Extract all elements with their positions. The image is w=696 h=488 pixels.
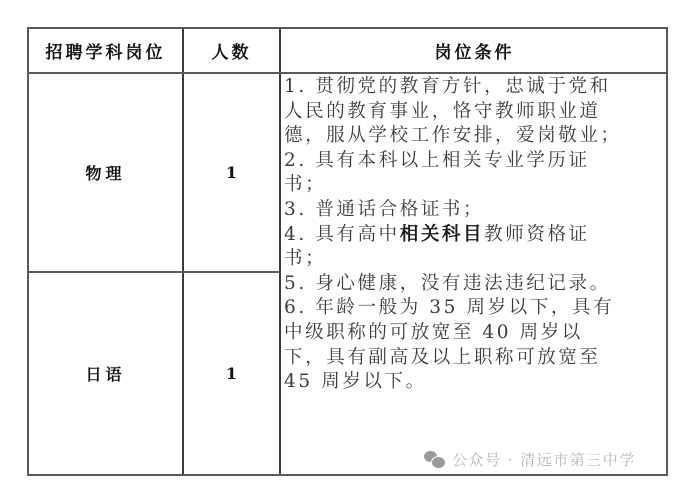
condition-line: 下，具有副高及以上职称可放宽至 <box>284 346 668 371</box>
recruitment-table: 招聘学科岗位 人数 岗位条件 物理 1 日语 1 1. 贯彻党的教育方针，忠诚于… <box>27 27 668 476</box>
condition-line: 6. 年龄一般为 35 周岁以下，具有 <box>284 296 668 321</box>
condition-line: 1. 贯彻党的教育方针，忠诚于党和 <box>284 75 668 100</box>
condition-line: 2. 具有本科以上相关专业学历证 <box>284 149 668 174</box>
row-subject-japanese: 日语 <box>29 273 182 474</box>
condition-line: 中级职称的可放宽至 40 周岁以 <box>284 321 668 346</box>
condition-line: 45 周岁以下。 <box>284 370 668 395</box>
column-divider <box>279 29 281 474</box>
condition-line: 4. 具有高中相关科目教师资格证 <box>284 223 668 248</box>
watermark-text: 公众号 · 清远市第三中学 <box>452 449 636 470</box>
conditions-text: 1. 贯彻党的教育方针，忠诚于党和 人民的教育事业，恪守教师职业道 德，服从学校… <box>284 75 668 395</box>
row-count-physics: 1 <box>184 74 279 271</box>
condition-line: 书； <box>284 247 668 272</box>
condition-text: 4. 具有高中 <box>284 224 400 245</box>
condition-line: 5. 身心健康，没有违法违纪记录。 <box>284 272 668 297</box>
header-subject: 招聘学科岗位 <box>29 29 182 72</box>
condition-line: 人民的教育事业，恪守教师职业道 <box>284 100 668 125</box>
bold-phrase: 相关科目 <box>400 224 484 245</box>
condition-line: 3. 普通话合格证书； <box>284 198 668 223</box>
wechat-icon <box>424 450 446 468</box>
condition-text: 教师资格证 <box>484 224 590 245</box>
condition-line: 德，服从学校工作安排，爱岗敬业； <box>284 124 668 149</box>
header-conditions: 岗位条件 <box>281 29 668 72</box>
row-count-japanese: 1 <box>184 273 279 474</box>
condition-line: 书； <box>284 173 668 198</box>
watermark: 公众号 · 清远市第三中学 <box>424 447 636 471</box>
row-subject-physics: 物理 <box>29 74 182 271</box>
header-count: 人数 <box>184 29 279 72</box>
